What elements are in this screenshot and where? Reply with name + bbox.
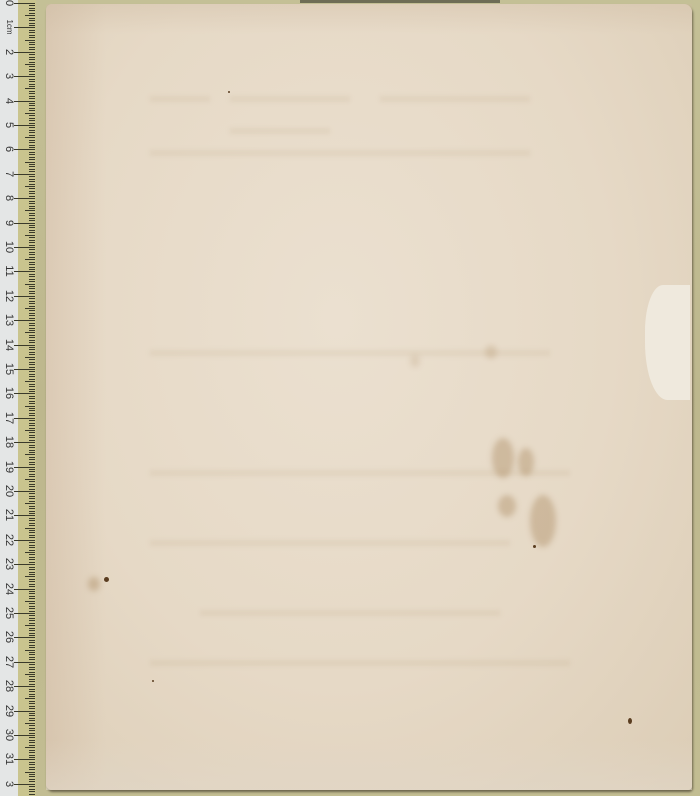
ruler-tick: [25, 698, 35, 699]
ruler-number: 27: [3, 654, 15, 670]
ruler-tick: [14, 76, 35, 77]
ruler-tick: [14, 198, 35, 199]
ruler-tick: [29, 757, 35, 758]
ruler-number: 4: [3, 93, 15, 109]
paper-tear-patch: [645, 285, 690, 400]
ruler-tick: [29, 537, 35, 538]
water-stain: [518, 448, 534, 476]
show-through-text: [150, 96, 210, 102]
ruler-tick: [29, 586, 35, 587]
ruler-tick: [29, 737, 35, 738]
ruler-tick: [29, 520, 35, 521]
ruler-number: 14: [3, 337, 15, 353]
ruler-tick: [29, 764, 35, 765]
ruler-tick: [25, 259, 35, 260]
ruler-tick: [29, 508, 35, 509]
ruler-tick: [29, 403, 35, 404]
ruler-number: 16: [3, 385, 15, 401]
ruler-tick: [14, 369, 35, 370]
ruler-tick: [29, 213, 35, 214]
ruler-tick: [29, 471, 35, 472]
ruler-number: 24: [3, 581, 15, 597]
ruler-number: 1cm: [3, 19, 15, 35]
ruler-number: 3: [3, 776, 15, 792]
ruler-number: 7: [3, 166, 15, 182]
ruler-tick: [29, 188, 35, 189]
ruler-tick: [29, 371, 35, 372]
ruler-tick: [29, 740, 35, 741]
ruler-tick: [29, 286, 35, 287]
ruler-tick: [29, 342, 35, 343]
ruler-tick: [25, 332, 35, 333]
ruler-tick: [29, 218, 35, 219]
ruler-tick: [29, 81, 35, 82]
ruler-tick: [29, 93, 35, 94]
ruler-tick: [29, 410, 35, 411]
ruler-tick: [29, 630, 35, 631]
ruler-tick: [25, 113, 35, 114]
ruler-tick: [29, 667, 35, 668]
ruler-tick: [29, 684, 35, 685]
ruler-tick: [14, 735, 35, 736]
ruler-tick: [29, 208, 35, 209]
ruler-tick: [29, 574, 35, 575]
ink-speck: [228, 91, 230, 93]
ruler-tick: [29, 779, 35, 780]
ruler-tick: [29, 154, 35, 155]
ruler-tick: [29, 215, 35, 216]
ruler-tick: [29, 108, 35, 109]
ruler-tick: [29, 69, 35, 70]
ruler-tick: [29, 620, 35, 621]
ruler-tick: [29, 425, 35, 426]
ruler-tick: [29, 618, 35, 619]
ruler-tick: [25, 40, 35, 41]
ink-speck: [152, 680, 154, 682]
ruler-tick: [25, 479, 35, 480]
ruler-tick: [29, 428, 35, 429]
ruler-tick: [25, 601, 35, 602]
show-through-text: [150, 660, 570, 666]
ruler-tick: [29, 596, 35, 597]
ruler-tick: [29, 581, 35, 582]
ruler-tick: [29, 384, 35, 385]
ruler-tick: [29, 103, 35, 104]
ruler-tick: [29, 147, 35, 148]
ruler-tick: [29, 264, 35, 265]
ruler-tick: [29, 325, 35, 326]
ruler-tick: [25, 15, 35, 16]
ruler-number: 29: [3, 703, 15, 719]
ruler-tick: [29, 313, 35, 314]
ruler-tick: [29, 755, 35, 756]
show-through-text: [150, 150, 530, 156]
ruler-tick: [29, 142, 35, 143]
ruler-tick: [29, 440, 35, 441]
ruler-tick: [29, 496, 35, 497]
ruler-tick: [29, 733, 35, 734]
water-stain: [485, 345, 497, 359]
ruler-tick: [29, 171, 35, 172]
ruler-tick: [29, 530, 35, 531]
ruler-tick: [29, 98, 35, 99]
ruler-tick: [29, 606, 35, 607]
ruler-tick: [29, 776, 35, 777]
ruler-tick: [29, 318, 35, 319]
ruler-tick: [25, 552, 35, 553]
ruler-tick: [29, 367, 35, 368]
ruler-tick: [25, 235, 35, 236]
ruler-tick: [29, 386, 35, 387]
ruler-tick: [29, 10, 35, 11]
paper-left-discoloration: [46, 4, 106, 790]
ruler-tick: [29, 203, 35, 204]
show-through-text: [150, 540, 510, 546]
ruler-tick: [29, 725, 35, 726]
ruler-tick: [25, 308, 35, 309]
ruler-tick: [29, 8, 35, 9]
ruler-tick: [29, 572, 35, 573]
ruler-tick: [29, 486, 35, 487]
ruler-tick: [29, 44, 35, 45]
ruler-tick: [29, 71, 35, 72]
ruler-tick: [29, 257, 35, 258]
ruler-tick: [29, 518, 35, 519]
ruler-tick: [29, 193, 35, 194]
ruler-tick: [29, 703, 35, 704]
ruler-tick: [29, 18, 35, 19]
ruler-tick: [29, 391, 35, 392]
ruler-tick: [29, 276, 35, 277]
ruler-tick: [29, 506, 35, 507]
ruler-tick: [29, 435, 35, 436]
ruler-tick: [29, 191, 35, 192]
ruler-tick: [29, 681, 35, 682]
ruler-tick: [29, 249, 35, 250]
ruler-tick: [29, 262, 35, 263]
ruler-tick: [29, 542, 35, 543]
ruler-number: 8: [3, 190, 15, 206]
ruler-tick: [29, 557, 35, 558]
ruler-tick: [29, 245, 35, 246]
ruler-tick: [29, 584, 35, 585]
ruler-tick: [29, 728, 35, 729]
ruler-tick: [29, 5, 35, 6]
ruler-tick: [29, 420, 35, 421]
ruler-tick: [29, 220, 35, 221]
ruler-tick: [29, 474, 35, 475]
ruler-tick: [29, 593, 35, 594]
ruler-tick: [29, 706, 35, 707]
ruler-tick: [14, 784, 35, 785]
show-through-text: [200, 610, 500, 616]
ruler-tick: [29, 130, 35, 131]
ruler-tick: [29, 481, 35, 482]
ruler-tick: [25, 357, 35, 358]
ruler-tick: [29, 267, 35, 268]
ruler-tick: [29, 730, 35, 731]
ruler-tick: [29, 415, 35, 416]
ruler-tick: [25, 137, 35, 138]
water-stain: [410, 355, 420, 367]
ruler-tick: [29, 196, 35, 197]
ruler-tick: [29, 745, 35, 746]
ruler-number: 11: [3, 263, 15, 279]
ruler-tick: [25, 186, 35, 187]
ruler-tick: [29, 374, 35, 375]
ruler-tick: [14, 467, 35, 468]
ruler-tick: [14, 271, 35, 272]
ruler-tick: [25, 650, 35, 651]
ruler-tick: [29, 476, 35, 477]
ruler-tick: [29, 679, 35, 680]
ruler-tick: [29, 288, 35, 289]
ruler-tick: [29, 23, 35, 24]
ruler-tick: [29, 642, 35, 643]
ruler-tick: [25, 723, 35, 724]
ruler-tick: [25, 674, 35, 675]
ruler-tick: [29, 559, 35, 560]
ruler-tick: [29, 240, 35, 241]
show-through-text: [380, 96, 530, 102]
ruler-tick: [29, 335, 35, 336]
ruler-tick: [29, 657, 35, 658]
ruler-tick: [25, 576, 35, 577]
ruler-tick: [29, 30, 35, 31]
ruler-tick: [14, 247, 35, 248]
centimeter-ruler: 01cm234567891011121314151617181920212223…: [0, 0, 36, 796]
ruler-tick: [29, 328, 35, 329]
ruler-tick: [29, 118, 35, 119]
ruler-tick: [29, 279, 35, 280]
show-through-text: [230, 96, 350, 102]
ruler-tick: [29, 550, 35, 551]
ruler-tick: [14, 125, 35, 126]
ruler-tick: [14, 442, 35, 443]
ruler-tick: [14, 686, 35, 687]
water-stain: [492, 438, 514, 478]
ruler-tick: [29, 640, 35, 641]
ruler-tick: [29, 511, 35, 512]
ruler-number: 31: [3, 751, 15, 767]
ruler-number: 3: [3, 68, 15, 84]
ruler-number: 20: [3, 483, 15, 499]
ruler-tick: [29, 362, 35, 363]
ruler-tick: [29, 647, 35, 648]
ruler-number: 0: [3, 0, 15, 11]
ruler-tick: [29, 281, 35, 282]
ruler-tick: [29, 450, 35, 451]
ruler-tick: [29, 252, 35, 253]
ruler-tick: [14, 52, 35, 53]
ruler-tick: [29, 230, 35, 231]
ruler-tick: [29, 96, 35, 97]
ruler-tick: [29, 689, 35, 690]
ruler-number: 21: [3, 507, 15, 523]
ruler-tick: [29, 635, 35, 636]
ruler-tick: [29, 274, 35, 275]
ruler-tick: [29, 352, 35, 353]
ruler-tick: [14, 564, 35, 565]
ruler-tick: [29, 611, 35, 612]
ruler-tick: [29, 25, 35, 26]
ruler-tick: [29, 169, 35, 170]
ruler-tick: [25, 284, 35, 285]
ruler-number: 25: [3, 605, 15, 621]
ruler-tick: [29, 781, 35, 782]
ink-speck: [533, 545, 536, 548]
ruler-tick: [29, 123, 35, 124]
ruler-tick: [29, 525, 35, 526]
ruler-tick: [29, 298, 35, 299]
ruler-tick: [29, 364, 35, 365]
ruler-number: 12: [3, 288, 15, 304]
ruler-tick: [14, 149, 35, 150]
ruler-tick: [29, 389, 35, 390]
ruler-tick: [29, 608, 35, 609]
ruler-tick: [29, 598, 35, 599]
ruler-tick: [29, 413, 35, 414]
ruler-tick: [29, 354, 35, 355]
ruler-tick: [29, 206, 35, 207]
ruler-tick: [29, 447, 35, 448]
ruler-tick: [29, 794, 35, 795]
ruler-tick: [29, 66, 35, 67]
ruler-tick: [29, 513, 35, 514]
ruler-tick: [29, 49, 35, 50]
ruler-tick: [29, 774, 35, 775]
ruler-tick: [29, 59, 35, 60]
ruler-tick: [29, 74, 35, 75]
water-stain: [498, 495, 516, 517]
ruler-tick: [29, 310, 35, 311]
ruler-tick: [14, 174, 35, 175]
ruler-tick: [29, 535, 35, 536]
ruler-tick: [25, 454, 35, 455]
ruler-tick: [29, 652, 35, 653]
ruler-tick: [29, 86, 35, 87]
ruler-tick: [29, 269, 35, 270]
ruler-tick: [29, 615, 35, 616]
ruler-tick: [29, 789, 35, 790]
ruler-tick: [29, 713, 35, 714]
ruler-tick: [29, 659, 35, 660]
ruler-tick: [29, 591, 35, 592]
ruler-tick: [29, 767, 35, 768]
ruler-tick: [29, 32, 35, 33]
ruler-tick: [29, 349, 35, 350]
ruler-tick: [29, 35, 35, 36]
ruler-tick: [29, 752, 35, 753]
ruler-tick: [29, 79, 35, 80]
ruler-tick: [29, 57, 35, 58]
ruler-tick: [29, 401, 35, 402]
ruler-tick: [29, 603, 35, 604]
ruler-tick: [29, 132, 35, 133]
ruler-tick: [29, 115, 35, 116]
ruler-number: 15: [3, 361, 15, 377]
ruler-tick: [29, 523, 35, 524]
ruler-tick: [29, 445, 35, 446]
ruler-tick: [29, 462, 35, 463]
paper-sheet: [46, 4, 692, 790]
ruler-tick: [29, 135, 35, 136]
ruler-tick: [25, 430, 35, 431]
ruler-tick: [29, 701, 35, 702]
ruler-tick: [14, 3, 35, 4]
ruler-tick: [29, 672, 35, 673]
ruler-tick: [29, 42, 35, 43]
ruler-tick: [29, 669, 35, 670]
ruler-tick: [29, 152, 35, 153]
ruler-tick: [29, 347, 35, 348]
ruler-tick: [29, 628, 35, 629]
ruler-tick: [29, 484, 35, 485]
ruler-number: 6: [3, 141, 15, 157]
ruler-tick: [29, 13, 35, 14]
ruler-tick: [29, 140, 35, 141]
ruler-tick: [25, 162, 35, 163]
ruler-number: 23: [3, 556, 15, 572]
ruler-tick: [29, 408, 35, 409]
ruler-tick: [29, 769, 35, 770]
ruler-tick: [29, 330, 35, 331]
ruler-tick: [25, 210, 35, 211]
ruler-tick: [29, 225, 35, 226]
ruler-tick: [14, 223, 35, 224]
ruler-tick: [29, 91, 35, 92]
ruler-number: 13: [3, 312, 15, 328]
ruler-tick: [29, 493, 35, 494]
ruler-number: 19: [3, 459, 15, 475]
ruler-tick: [29, 337, 35, 338]
ruler-number: 5: [3, 117, 15, 133]
ruler-tick: [29, 254, 35, 255]
ruler-tick: [25, 64, 35, 65]
ruler-tick: [29, 457, 35, 458]
ruler-tick: [29, 301, 35, 302]
ruler-tick: [29, 110, 35, 111]
ruler-tick: [29, 501, 35, 502]
ruler-number: 9: [3, 215, 15, 231]
ruler-tick: [29, 432, 35, 433]
ruler-tick: [29, 469, 35, 470]
ruler-number: 10: [3, 239, 15, 255]
ruler-tick: [14, 540, 35, 541]
ruler-number: 18: [3, 434, 15, 450]
ruler-tick: [29, 691, 35, 692]
ruler-tick: [14, 711, 35, 712]
ruler-tick: [29, 323, 35, 324]
ruler-tick: [29, 654, 35, 655]
ruler-tick: [29, 633, 35, 634]
ruler-tick: [29, 127, 35, 128]
ruler-tick: [29, 237, 35, 238]
ruler-tick: [29, 715, 35, 716]
paper-top-discoloration: [46, 4, 692, 34]
ruler-tick: [29, 562, 35, 563]
ruler-tick: [25, 406, 35, 407]
ruler-tick: [29, 84, 35, 85]
ruler-tick: [29, 708, 35, 709]
paper-bottom-fold: [46, 740, 692, 790]
ruler-tick: [29, 306, 35, 307]
ruler-tick: [29, 762, 35, 763]
ruler-tick: [29, 498, 35, 499]
ruler-tick: [29, 145, 35, 146]
ruler-number: 2: [3, 44, 15, 60]
ruler-tick: [29, 315, 35, 316]
